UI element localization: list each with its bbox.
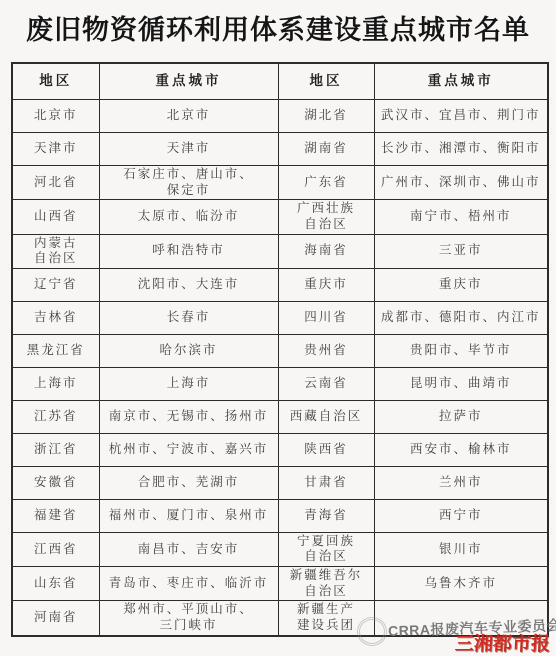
table-row: 福建省 福州市、厦门市、泉州市 青海省 西宁市 [12,499,548,532]
table-row: 天津市 天津市 湖南省 长沙市、湘潭市、衡阳市 [12,133,548,166]
region-cell: 海南省 [278,234,374,268]
region-cell: 内蒙古 自治区 [12,234,99,268]
table-row: 安徽省 合肥市、芜湖市 甘肃省 兰州市 [12,466,548,499]
region-cell: 山东省 [12,567,99,601]
cities-cell: 天津市 [99,133,278,166]
region-cell: 贵州省 [278,334,374,367]
region-cell: 江苏省 [12,400,99,433]
region-cell: 上海市 [12,367,99,400]
table-row: 北京市 北京市 湖北省 武汉市、宜昌市、荆门市 [12,100,548,133]
region-cell: 辽宁省 [12,268,99,301]
cities-cell: 太原市、临汾市 [99,200,278,234]
region-cell: 青海省 [278,499,374,532]
cities-cell: 长沙市、湘潭市、衡阳市 [374,133,548,166]
region-cell: 湖南省 [278,133,374,166]
region-cell: 天津市 [12,133,99,166]
cities-cell: 南宁市、梧州市 [374,200,548,234]
table-row: 山东省 青岛市、枣庄市、临沂市 新疆维吾尔 自治区 乌鲁木齐市 [12,567,548,601]
header-row: 地区 重点城市 地区 重点城市 [12,63,548,100]
cities-cell [374,601,548,636]
cities-cell: 重庆市 [374,268,548,301]
cities-cell: 贵阳市、毕节市 [374,334,548,367]
cities-cell: 西宁市 [374,499,548,532]
region-cell: 陕西省 [278,433,374,466]
table-row: 内蒙古 自治区 呼和浩特市 海南省 三亚市 [12,234,548,268]
cities-cell: 三亚市 [374,234,548,268]
cities-cell: 广州市、深圳市、佛山市 [374,166,548,200]
region-cell: 吉林省 [12,301,99,334]
region-cell: 西藏自治区 [278,400,374,433]
region-cell: 新疆生产 建设兵团 [278,601,374,636]
cities-cell: 合肥市、芜湖市 [99,466,278,499]
table-row: 上海市 上海市 云南省 昆明市、曲靖市 [12,367,548,400]
region-cell: 福建省 [12,499,99,532]
cities-cell: 沈阳市、大连市 [99,268,278,301]
region-cell: 湖北省 [278,100,374,133]
cities-cell: 石家庄市、唐山市、 保定市 [99,166,278,200]
region-cell: 甘肃省 [278,466,374,499]
header-cities-left: 重点城市 [99,63,278,100]
cities-cell: 南昌市、吉安市 [99,532,278,566]
cities-cell: 武汉市、宜昌市、荆门市 [374,100,548,133]
region-cell: 黑龙江省 [12,334,99,367]
region-cell: 宁夏回族 自治区 [278,532,374,566]
cities-cell: 哈尔滨市 [99,334,278,367]
region-cell: 广西壮族 自治区 [278,200,374,234]
table-row: 黑龙江省 哈尔滨市 贵州省 贵阳市、毕节市 [12,334,548,367]
cities-cell: 乌鲁木齐市 [374,567,548,601]
region-cell: 新疆维吾尔 自治区 [278,567,374,601]
cities-cell: 成都市、德阳市、内江市 [374,301,548,334]
key-cities-table: 地区 重点城市 地区 重点城市 北京市 北京市 湖北省 武汉市、宜昌市、荆门市 … [11,62,549,637]
region-cell: 浙江省 [12,433,99,466]
header-region-left: 地区 [12,63,99,100]
cities-cell: 郑州市、平顶山市、 三门峡市 [99,601,278,636]
table-row: 辽宁省 沈阳市、大连市 重庆市 重庆市 [12,268,548,301]
region-cell: 云南省 [278,367,374,400]
cities-cell: 兰州市 [374,466,548,499]
table-row: 江苏省 南京市、无锡市、扬州市 西藏自治区 拉萨市 [12,400,548,433]
cities-cell: 长春市 [99,301,278,334]
table-row: 河北省 石家庄市、唐山市、 保定市 广东省 广州市、深圳市、佛山市 [12,166,548,200]
table-row: 山西省 太原市、临汾市 广西壮族 自治区 南宁市、梧州市 [12,200,548,234]
table-row: 吉林省 长春市 四川省 成都市、德阳市、内江市 [12,301,548,334]
cities-cell: 南京市、无锡市、扬州市 [99,400,278,433]
region-cell: 广东省 [278,166,374,200]
document-page: 废旧物资循环利用体系建设重点城市名单 地区 重点城市 地区 重点城市 北京市 北… [0,0,556,656]
cities-cell: 西安市、榆林市 [374,433,548,466]
cities-cell: 北京市 [99,100,278,133]
table-row: 浙江省 杭州市、宁波市、嘉兴市 陕西省 西安市、榆林市 [12,433,548,466]
region-cell: 安徽省 [12,466,99,499]
region-cell: 北京市 [12,100,99,133]
region-cell: 河南省 [12,601,99,636]
region-cell: 重庆市 [278,268,374,301]
table-row: 河南省 郑州市、平顶山市、 三门峡市 新疆生产 建设兵团 [12,601,548,636]
table-row: 江西省 南昌市、吉安市 宁夏回族 自治区 银川市 [12,532,548,566]
cities-cell: 青岛市、枣庄市、临沂市 [99,567,278,601]
region-cell: 江西省 [12,532,99,566]
header-cities-right: 重点城市 [374,63,548,100]
region-cell: 山西省 [12,200,99,234]
region-cell: 四川省 [278,301,374,334]
cities-cell: 银川市 [374,532,548,566]
cities-cell: 福州市、厦门市、泉州市 [99,499,278,532]
cities-cell: 昆明市、曲靖市 [374,367,548,400]
cities-cell: 呼和浩特市 [99,234,278,268]
page-title: 废旧物资循环利用体系建设重点城市名单 [0,8,556,47]
region-cell: 河北省 [12,166,99,200]
cities-cell: 杭州市、宁波市、嘉兴市 [99,433,278,466]
header-region-right: 地区 [278,63,374,100]
cities-cell: 上海市 [99,367,278,400]
cities-cell: 拉萨市 [374,400,548,433]
